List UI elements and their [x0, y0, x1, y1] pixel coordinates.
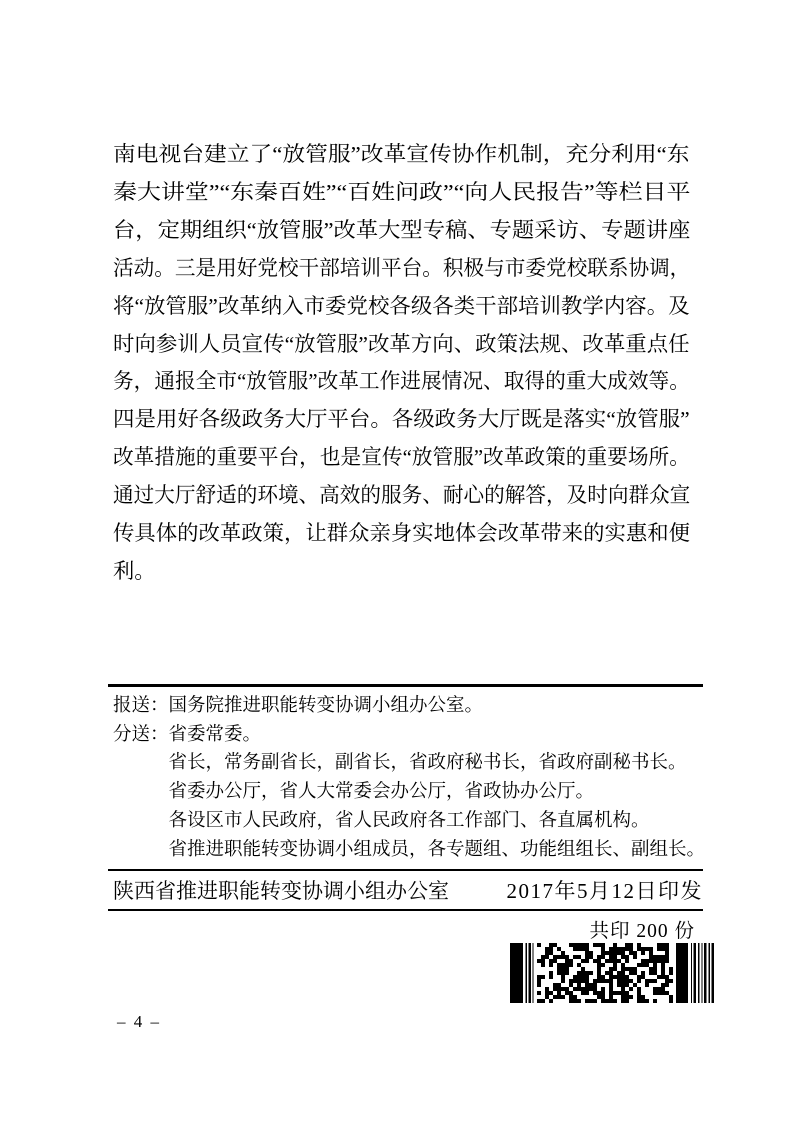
body-line: 活动。三是用好党校干部培训平台。积极与市委党校联系协调，	[113, 250, 690, 288]
distribution-text: 省推进职能转变协调小组成员，各专题组、功能组组长、副组长。	[169, 840, 706, 860]
distribution-label: 报送：	[113, 696, 169, 716]
body-line: 四是用好各级政务大厅平台。各级政务大厅既是落实“放管服”	[113, 401, 690, 439]
body-text-block: 南电视台建立了“放管服”改革宣传协作机制，充分利用“东 秦大讲堂”“东秦百姓”“…	[113, 136, 690, 591]
distribution-text: 国务院推进职能转变协调小组办公室。	[169, 696, 484, 716]
body-line: 将“放管服”改革纳入市委党校各级各类干部培训教学内容。及	[113, 288, 690, 326]
distribution-text: 省委办公厅，省人大常委会办公厅，省政协办公厅。	[169, 782, 595, 802]
body-line: 传具体的改革政策，让群众亲身实地体会改革带来的实惠和便	[113, 515, 690, 553]
body-line: 通过大厅舒适的环境、高效的服务、耐心的解答，及时向群众宣	[113, 477, 690, 515]
copies-count: 共印 200 份	[589, 915, 695, 943]
page-number: – 4 –	[117, 1012, 161, 1032]
body-line: 台，定期组织“放管服”改革大型专稿、专题采访、专题讲座	[113, 212, 690, 250]
distribution-text: 省长，常务副省长，副省长，省政府秘书长，省政府副秘书长。	[169, 753, 687, 773]
print-date: 2017年5月12日印发	[507, 875, 704, 905]
distribution-row: 省长，常务副省长，副省长，省政府秘书长，省政府副秘书长。	[113, 749, 703, 778]
imprint-row: 陕西省推进职能转变协调小组办公室 2017年5月12日印发	[113, 871, 703, 909]
distribution-row: 省委办公厅，省人大常委会办公厅，省政协办公厅。	[113, 778, 703, 807]
body-line: 改革措施的重要平台，也是宣传“放管服”改革政策的重要场所。	[113, 439, 690, 477]
distribution-block: 报送：国务院推进职能转变协调小组办公室。 分送：省委常委。 省长，常务副省长，副…	[113, 692, 703, 864]
issuing-office: 陕西省推进职能转变协调小组办公室	[113, 875, 449, 905]
distribution-row-fensong: 分送：省委常委。	[113, 721, 703, 750]
distribution-row-baosong: 报送：国务院推进职能转变协调小组办公室。	[113, 692, 703, 721]
distribution-row: 各设区市人民政府，省人民政府各工作部门、各直属机构。	[113, 807, 703, 836]
distribution-top-rule	[108, 684, 703, 687]
body-line: 秦大讲堂”“东秦百姓”“百姓问政”“向人民报告”等栏目平	[113, 174, 690, 212]
distribution-label: 分送：	[113, 725, 169, 745]
document-page: 南电视台建立了“放管服”改革宣传协作机制，充分利用“东 秦大讲堂”“东秦百姓”“…	[0, 0, 793, 1122]
body-line: 南电视台建立了“放管服”改革宣传协作机制，充分利用“东	[113, 136, 689, 174]
distribution-text: 省委常委。	[169, 725, 262, 745]
body-line: 利。	[113, 553, 156, 591]
barcode-2d-icon	[510, 943, 714, 1003]
body-line: 务，通报全市“放管服”改革工作进展情况、取得的重大成效等。	[113, 363, 690, 401]
distribution-text: 各设区市人民政府，省人民政府各工作部门、各直属机构。	[169, 811, 650, 831]
body-line: 时向参训人员宣传“放管服”改革方向、政策法规、改革重点任	[113, 326, 690, 364]
distribution-row: 省推进职能转变协调小组成员，各专题组、功能组组长、副组长。	[113, 836, 703, 865]
imprint-bottom-rule	[108, 909, 703, 911]
